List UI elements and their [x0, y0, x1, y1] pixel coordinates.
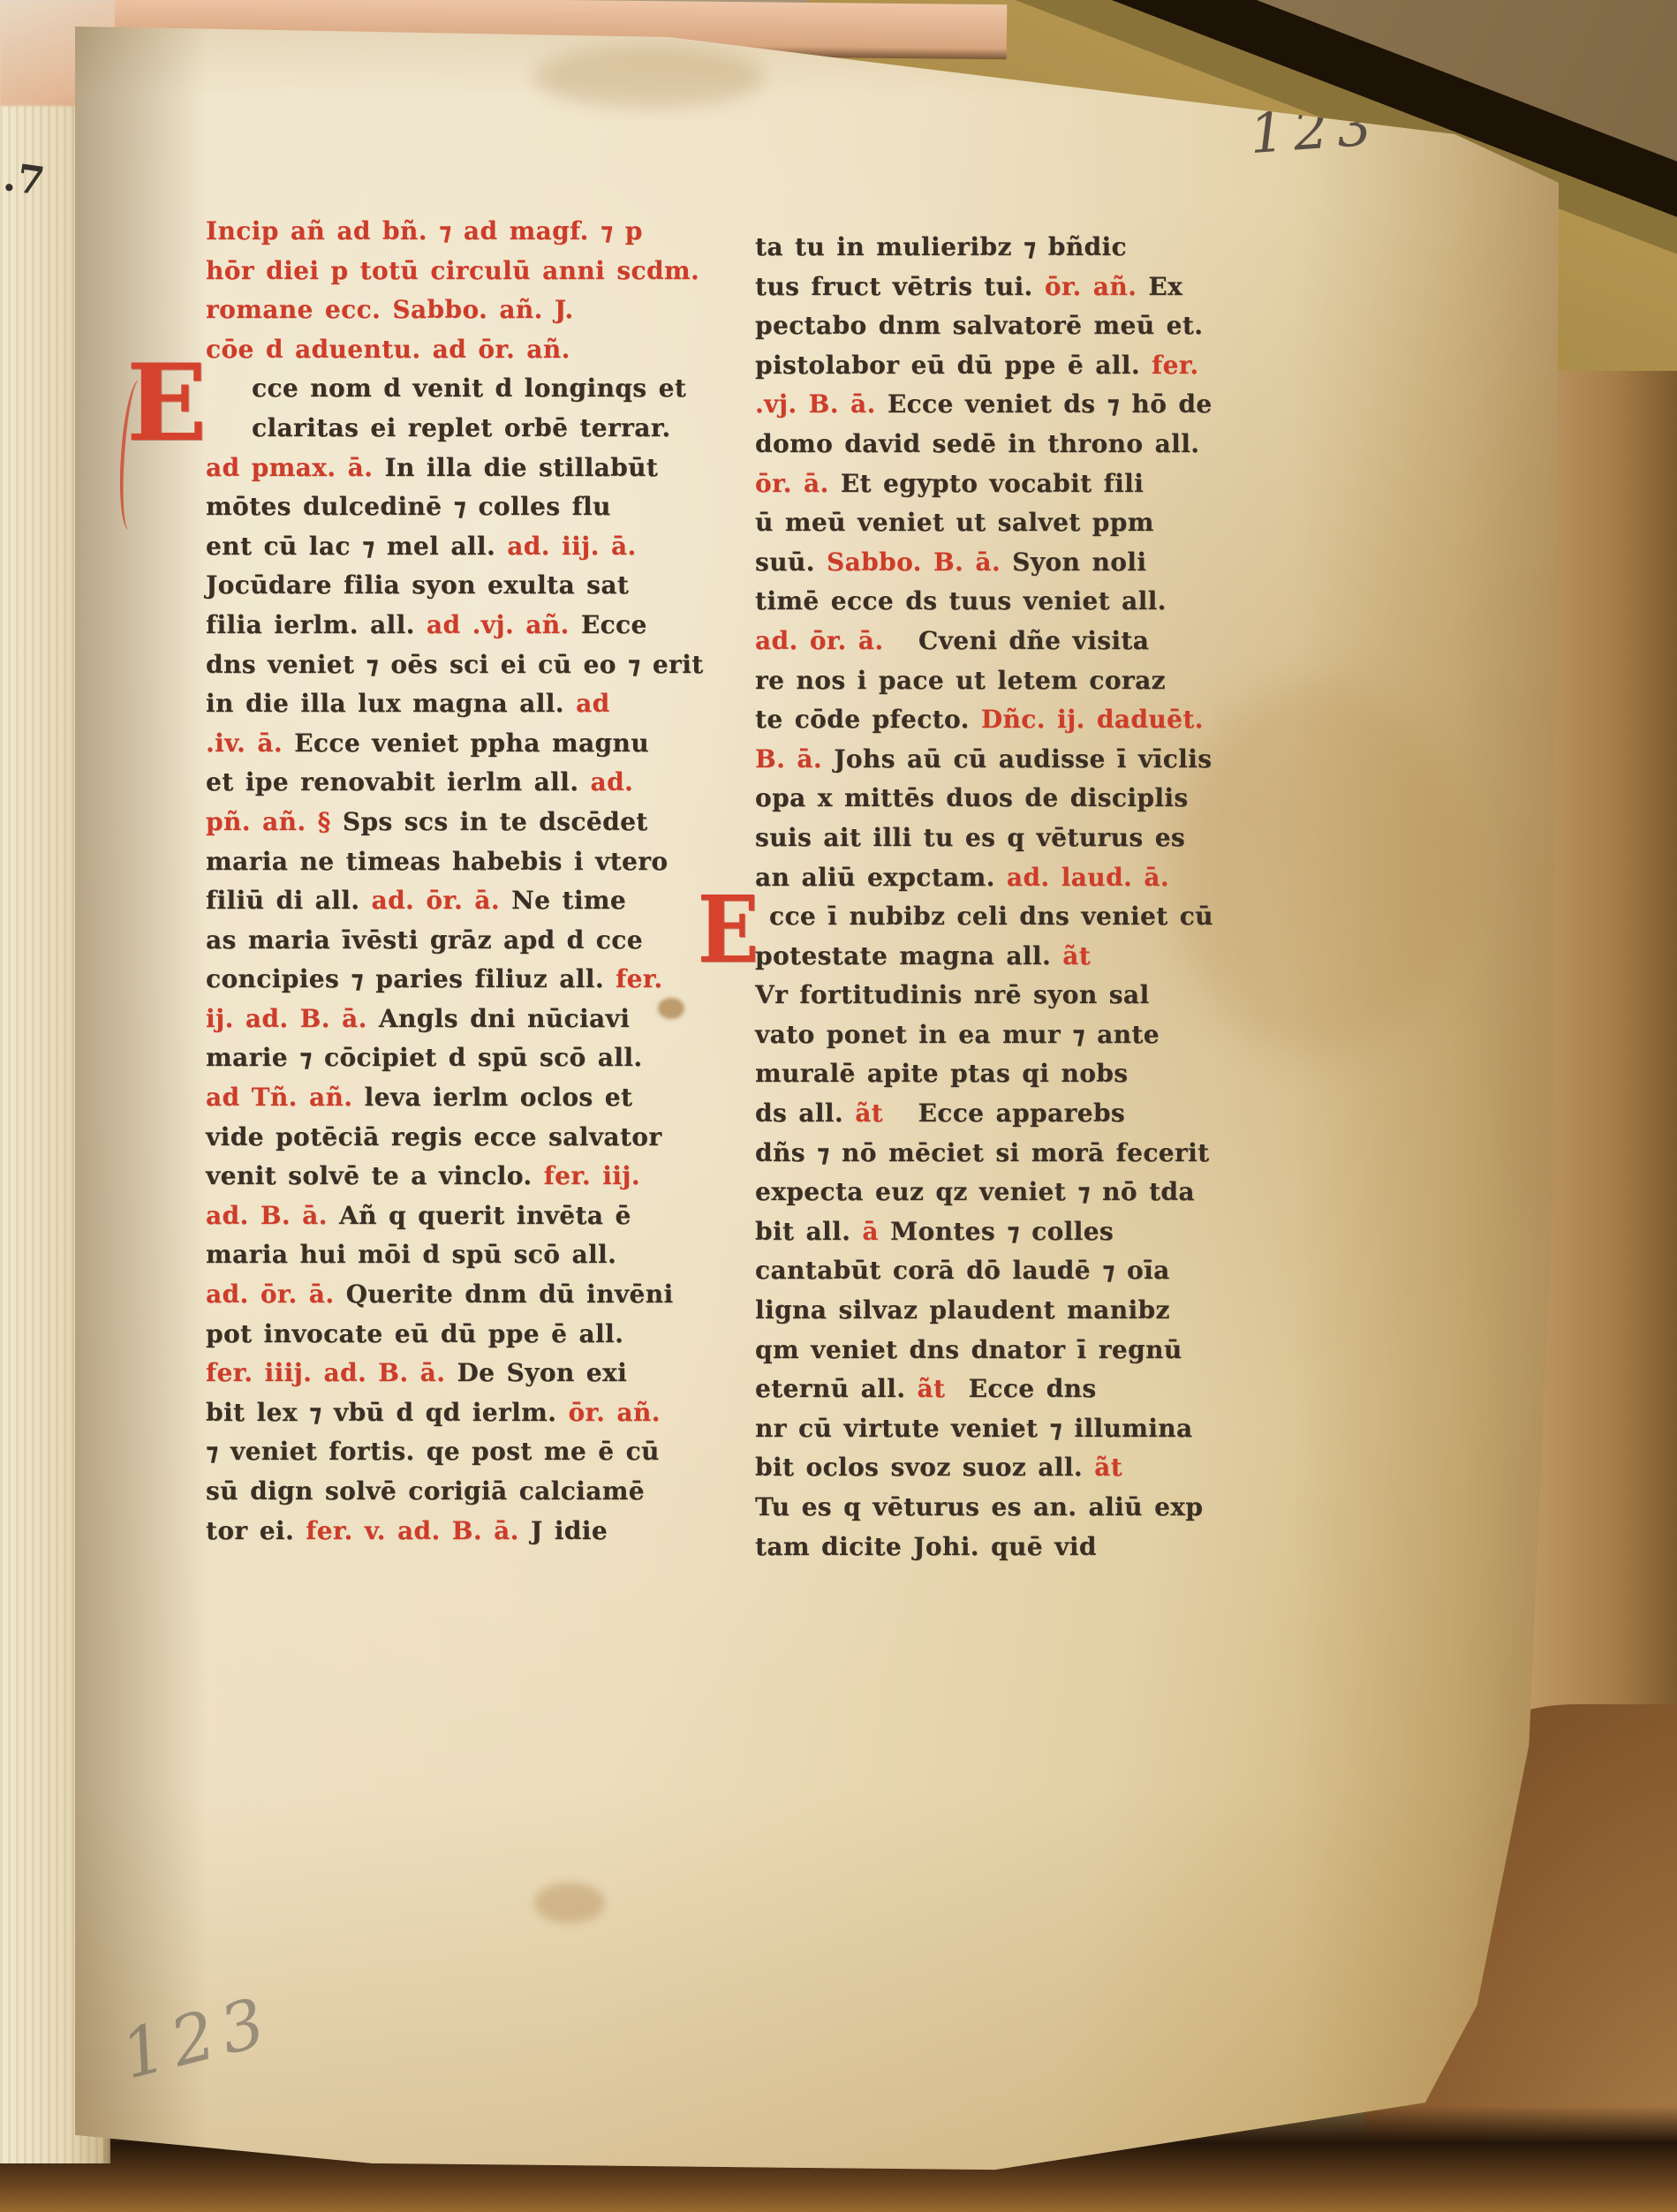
- text-line: claritas ei replet orbē terrar.: [206, 409, 740, 449]
- ink-run: Ex: [1137, 272, 1182, 301]
- rubric-run: ãt: [843, 1098, 883, 1128]
- text-line: Vr fortitudinis nrē syon sal: [755, 976, 1298, 1015]
- rubric-run: ad. ōr. ā.: [359, 886, 500, 915]
- text-line: filia ierlm. all. ad .vj. añ. Ecce: [206, 606, 740, 645]
- ink-run: suis ait illi tu es q vēturus es: [755, 823, 1185, 852]
- stain: [534, 46, 764, 108]
- ink-run: maria hui mōi d spū scō all.: [206, 1240, 616, 1269]
- ink-run: vide potēciā regis ecce salvator: [206, 1122, 662, 1151]
- ink-run: In illa die stillabūt: [373, 453, 658, 482]
- text-line: cantabūt corā dō laudē ⁊ oīa: [755, 1251, 1298, 1291]
- ink-run: tor ei.: [206, 1516, 294, 1545]
- text-line: te cōde pfecto. Dñc. ij. daduēt.: [755, 700, 1298, 740]
- text-line: pot invocate eū dū ppe ē all.: [206, 1315, 740, 1355]
- text-line: .iv. ā. Ecce veniet ppha magnu: [206, 724, 740, 764]
- ink-run: et ipe renovabit ierlm all.: [206, 767, 578, 796]
- ink-run: potestate magna all.: [755, 941, 1051, 970]
- ink-run: bit oclos svoz suoz all.: [755, 1453, 1083, 1482]
- ink-run: cce ī nubibz celi dns veniet cū: [769, 902, 1213, 931]
- text-line: hōr diei p totū circulū anni scdm.: [206, 252, 740, 291]
- ink-run: concipies ⁊ paries filiuz all.: [206, 964, 604, 993]
- ink-run: dñs ⁊ nō mēciet si morā fecerit: [755, 1138, 1210, 1167]
- text-line: maria ne timeas habebis i vtero: [206, 842, 740, 882]
- ink-run: Ne time: [500, 886, 626, 915]
- ink-run: an aliū expctam.: [755, 863, 995, 892]
- rubric-run: fer.: [1140, 351, 1199, 380]
- ink-run: muralē apite ptas qi nobs: [755, 1059, 1128, 1088]
- ink-run: domo david sedē in throno all.: [755, 429, 1199, 458]
- text-line: ij. ad. B. ā. Angls dni nūciavi: [206, 1000, 740, 1039]
- text-line: sū dign solvē corigiā calciamē: [206, 1472, 740, 1512]
- rubric-run: ad. B. ā.: [206, 1201, 328, 1230]
- ink-run: filiū di all.: [206, 886, 359, 915]
- ink-run: Johs aū cū audisse ī vīclis: [822, 744, 1212, 774]
- ink-run: timē ecce ds tuus veniet all.: [755, 586, 1167, 615]
- ink-run: leva ierlm oclos et: [352, 1083, 632, 1112]
- ink-run: pot invocate eū dū ppe ē all.: [206, 1319, 623, 1348]
- ink-run: expecta euz qz veniet ⁊ nō tda: [755, 1177, 1195, 1206]
- text-line: tor ei. fer. v. ad. B. ā. J idie: [206, 1512, 740, 1551]
- rubric-run: ōr. ā.: [755, 469, 829, 498]
- text-line: bit lex ⁊ vbū d qd ierlm. ōr. añ.: [206, 1393, 740, 1433]
- ink-run: De Syon exi: [445, 1358, 627, 1387]
- text-line: ta tu in mulieribz ⁊ bñdic: [755, 228, 1298, 268]
- text-line: pectabo dnm salvatorē meū et.: [755, 306, 1298, 346]
- text-line: expecta euz qz veniet ⁊ nō tda: [755, 1173, 1298, 1212]
- ink-run: Tu es q vēturus es an. aliū exp: [755, 1492, 1203, 1521]
- text-line: marie ⁊ cōcipiet d spū scō all.: [206, 1038, 740, 1078]
- rubric-run: B. ā.: [755, 744, 822, 774]
- text-line: mōtes dulcedinē ⁊ colles flu: [206, 487, 740, 527]
- ink-run: bit all.: [755, 1217, 850, 1246]
- text-line: domo david sedē in throno all.: [755, 425, 1298, 464]
- text-line: re nos i pace ut letem coraz: [755, 661, 1298, 701]
- text-line: ad. ōr. ā. Querite dnm dū invēni: [206, 1275, 740, 1315]
- ink-run: tus fruct vētris tui.: [755, 272, 1033, 301]
- parchment-page: 123 E E Incip añ ad bñ. ⁊ ad magf. ⁊ phō…: [75, 11, 1559, 2178]
- ink-run: Syon noli: [1001, 547, 1146, 577]
- text-line: concipies ⁊ paries filiuz all. fer.: [206, 960, 740, 1000]
- rubric-run: ad. ōr. ā.: [206, 1280, 334, 1309]
- text-line: eternū all. ãt Ecce dns: [755, 1370, 1298, 1409]
- ink-run: Añ q querit invēta ē: [328, 1201, 631, 1230]
- text-line: nr cū virtute veniet ⁊ illumina: [755, 1409, 1298, 1449]
- text-line: bit all. ā Montes ⁊ colles: [755, 1212, 1298, 1252]
- text-line: suū. Sabbo. B. ā. Syon noli: [755, 543, 1298, 583]
- text-line: vato ponet in ea mur ⁊ ante: [755, 1015, 1298, 1055]
- text-line: ad pmax. ā. In illa die stillabūt: [206, 449, 740, 488]
- text-line: ad. B. ā. Añ q querit invēta ē: [206, 1197, 740, 1236]
- ink-run: ta tu in mulieribz ⁊ bñdic: [755, 232, 1127, 261]
- text-line: pñ. añ. § Sps scs in te dscēdet: [206, 803, 740, 842]
- ink-run: ⁊ veniet fortis. qe post me ē cū: [206, 1437, 660, 1466]
- rubric-run: ad Tñ. añ.: [206, 1083, 352, 1112]
- gutter-shadow: [75, 11, 208, 2178]
- text-line: bit oclos svoz suoz all. ãt: [755, 1448, 1298, 1488]
- text-line: vide potēciā regis ecce salvator: [206, 1118, 740, 1158]
- ink-run: Ecce veniet ppha magnu: [283, 729, 649, 758]
- rubric-run: hōr diei p totū circulū anni scdm.: [206, 256, 699, 285]
- text-line: .vj. B. ā. Ecce veniet ds ⁊ hō de: [755, 385, 1298, 425]
- text-line: maria hui mōi d spū scō all.: [206, 1235, 740, 1275]
- ink-run: Ecce: [570, 610, 647, 639]
- ink-run: ds all.: [755, 1098, 843, 1128]
- text-line: cce ī nubibz celi dns veniet cū: [755, 897, 1298, 937]
- ink-run: ent cū lac ⁊ mel all.: [206, 532, 495, 561]
- ink-run: venit solvē te a vinclo.: [206, 1161, 533, 1190]
- text-line: filiū di all. ad. ōr. ā. Ne time: [206, 881, 740, 921]
- ink-run: as maria īvēsti grāz apd d cce: [206, 925, 643, 955]
- rubric-run: ad.: [578, 767, 633, 796]
- rubric-run: ãt: [1051, 941, 1091, 970]
- rubric-run: ad. ōr. ā.: [755, 626, 883, 655]
- text-line: tus fruct vētris tui. ōr. añ. Ex: [755, 268, 1298, 307]
- ink-run: opa x mittēs duos de disciplis: [755, 783, 1189, 812]
- text-line: ad Tñ. añ. leva ierlm oclos et: [206, 1078, 740, 1118]
- rubric-run: .vj. B. ā.: [755, 389, 876, 419]
- rubric-run: romane ecc. Sabbo. añ. J.: [206, 295, 574, 324]
- ink-run: pistolabor eū dū ppe ē all.: [755, 351, 1140, 380]
- ink-run: cantabūt corā dō laudē ⁊ oīa: [755, 1256, 1170, 1285]
- text-line: pistolabor eū dū ppe ē all. fer.: [755, 346, 1298, 386]
- ink-run: mōtes dulcedinē ⁊ colles flu: [206, 492, 611, 521]
- text-line: muralē apite ptas qi nobs: [755, 1054, 1298, 1094]
- rubric-run: ad. iij. ā.: [495, 532, 637, 561]
- ink-run: tam dicite Johi. quē vid: [755, 1532, 1097, 1561]
- ink-run: cce nom d venit d longinqs et: [252, 374, 686, 403]
- text-line: dns veniet ⁊ oēs sci ei cū eo ⁊ erit: [206, 645, 740, 685]
- text-column-right: ta tu in mulieribz ⁊ bñdictus fruct vētr…: [755, 228, 1298, 1567]
- text-line: B. ā. Johs aū cū audisse ī vīclis: [755, 740, 1298, 780]
- text-line: suis ait illi tu es q vēturus es: [755, 819, 1298, 858]
- ink-run: maria ne timeas habebis i vtero: [206, 847, 668, 876]
- rubric-run: Dñc. ij. daduēt.: [970, 705, 1204, 734]
- rubric-run: ãt: [905, 1374, 945, 1403]
- ink-run: Et egypto vocabit fili: [829, 469, 1144, 498]
- ink-run: sū dign solvē corigiā calciamē: [206, 1476, 645, 1506]
- ink-run: eternū all.: [755, 1374, 905, 1403]
- ink-run: J idie: [519, 1516, 608, 1545]
- text-line: dñs ⁊ nō mēciet si morā fecerit: [755, 1134, 1298, 1174]
- rubric-run: Incip añ ad bñ. ⁊ ad magf. ⁊ p: [206, 216, 643, 245]
- ink-run: vato ponet in ea mur ⁊ ante: [755, 1020, 1160, 1049]
- text-line: ū meū veniet ut salvet ppm: [755, 503, 1298, 543]
- ink-run: Ecce veniet ds ⁊ hō de: [876, 389, 1212, 419]
- ink-run: claritas ei replet orbē terrar.: [252, 413, 671, 442]
- ink-run: ligna silvaz plaudent manibz: [755, 1295, 1170, 1325]
- text-line: et ipe renovabit ierlm all. ad.: [206, 763, 740, 803]
- rubric-run: ij. ad. B. ā.: [206, 1004, 367, 1033]
- ink-run: re nos i pace ut letem coraz: [755, 666, 1166, 695]
- text-line: as maria īvēsti grāz apd d cce: [206, 921, 740, 961]
- manuscript-photo: 123 E E Incip añ ad bñ. ⁊ ad magf. ⁊ phō…: [0, 0, 1677, 2212]
- rubric-run: ad: [564, 689, 610, 718]
- rubric-run: fer.: [604, 964, 663, 993]
- text-line: tam dicite Johi. quē vid: [755, 1528, 1298, 1567]
- ink-run: Ecce apparebs: [883, 1098, 1125, 1128]
- ink-run: ū meū veniet ut salvet ppm: [755, 508, 1154, 537]
- text-line: potestate magna all. ãt: [755, 937, 1298, 977]
- ink-run: Sps scs in te dscēdet: [331, 807, 648, 836]
- text-line: qm veniet dns dnator ī regnū: [755, 1331, 1298, 1370]
- text-line: ad. ōr. ā. Cveni dñe visita: [755, 622, 1298, 661]
- rubric-run: ãt: [1083, 1453, 1122, 1482]
- ink-run: Cveni dñe visita: [883, 626, 1149, 655]
- rubric-run: Sabbo. B. ā.: [815, 547, 1001, 577]
- ink-run: Vr fortitudinis nrē syon sal: [755, 980, 1150, 1009]
- text-column-left: Incip añ ad bñ. ⁊ ad magf. ⁊ phōr diei p…: [206, 212, 740, 1551]
- ink-run: in die illa lux magna all.: [206, 689, 564, 718]
- rubric-run: pñ. añ. §: [206, 807, 331, 836]
- rubric-run: ad. laud. ā.: [995, 863, 1169, 892]
- text-line: Tu es q vēturus es an. aliū exp: [755, 1488, 1298, 1528]
- rubric-run: ōr. añ.: [1033, 272, 1137, 301]
- ink-run: Jocūdare filia syon exulta sat: [206, 570, 629, 600]
- ink-run: nr cū virtute veniet ⁊ illumina: [755, 1414, 1193, 1443]
- text-line: Incip añ ad bñ. ⁊ ad magf. ⁊ p: [206, 212, 740, 252]
- text-line: opa x mittēs duos de disciplis: [755, 779, 1298, 819]
- text-line: ent cū lac ⁊ mel all. ad. iij. ā.: [206, 527, 740, 567]
- ink-run: Angls dni nūciavi: [367, 1004, 631, 1033]
- ink-run: qm veniet dns dnator ī regnū: [755, 1335, 1182, 1364]
- text-line: venit solvē te a vinclo. fer. iij.: [206, 1157, 740, 1197]
- text-line: ds all. ãt Ecce apparebs: [755, 1094, 1298, 1134]
- margin-ink-mark: .7: [1, 158, 47, 202]
- text-line: fer. iiij. ad. B. ā. De Syon exi: [206, 1354, 740, 1393]
- rubric-run: .iv. ā.: [206, 729, 283, 758]
- ink-run: te cōde pfecto.: [755, 705, 970, 734]
- text-line: Jocūdare filia syon exulta sat: [206, 566, 740, 606]
- ink-run: filia ierlm. all.: [206, 610, 415, 639]
- ink-run: Ecce dns: [945, 1374, 1096, 1403]
- text-line: an aliū expctam. ad. laud. ā.: [755, 858, 1298, 898]
- text-line: cce nom d venit d longinqs et: [206, 369, 740, 409]
- rubric-run: ad .vj. añ.: [415, 610, 570, 639]
- stain: [534, 1883, 605, 1923]
- ink-run: dns veniet ⁊ oēs sci ei cū eo ⁊ erit: [206, 650, 704, 679]
- rubric-run: fer. v. ad. B. ā.: [294, 1516, 519, 1545]
- ink-run: Querite dnm dū invēni: [334, 1280, 673, 1309]
- text-line: ⁊ veniet fortis. qe post me ē cū: [206, 1432, 740, 1472]
- ink-run: pectabo dnm salvatorē meū et.: [755, 311, 1203, 340]
- text-line: timē ecce ds tuus veniet all.: [755, 582, 1298, 622]
- text-line: cōe d aduentu. ad ōr. añ.: [206, 330, 740, 370]
- ink-run: bit lex ⁊ vbū d qd ierlm.: [206, 1398, 556, 1427]
- rubric-run: ā: [850, 1217, 879, 1246]
- text-line: ligna silvaz plaudent manibz: [755, 1291, 1298, 1331]
- ink-run: Montes ⁊ colles: [879, 1217, 1114, 1246]
- rubric-run: fer. iiij. ad. B. ā.: [206, 1358, 445, 1387]
- text-line: ōr. ā. Et egypto vocabit fili: [755, 464, 1298, 504]
- rubric-run: ad pmax. ā.: [206, 453, 373, 482]
- text-line: romane ecc. Sabbo. añ. J.: [206, 291, 740, 330]
- rubric-run: cōe d aduentu. ad ōr. añ.: [206, 335, 570, 364]
- rubric-run: ōr. añ.: [556, 1398, 661, 1427]
- ink-run: suū.: [755, 547, 815, 577]
- ink-run: marie ⁊ cōcipiet d spū scō all.: [206, 1043, 643, 1072]
- text-line: in die illa lux magna all. ad: [206, 684, 740, 724]
- rubric-run: fer. iij.: [533, 1161, 640, 1190]
